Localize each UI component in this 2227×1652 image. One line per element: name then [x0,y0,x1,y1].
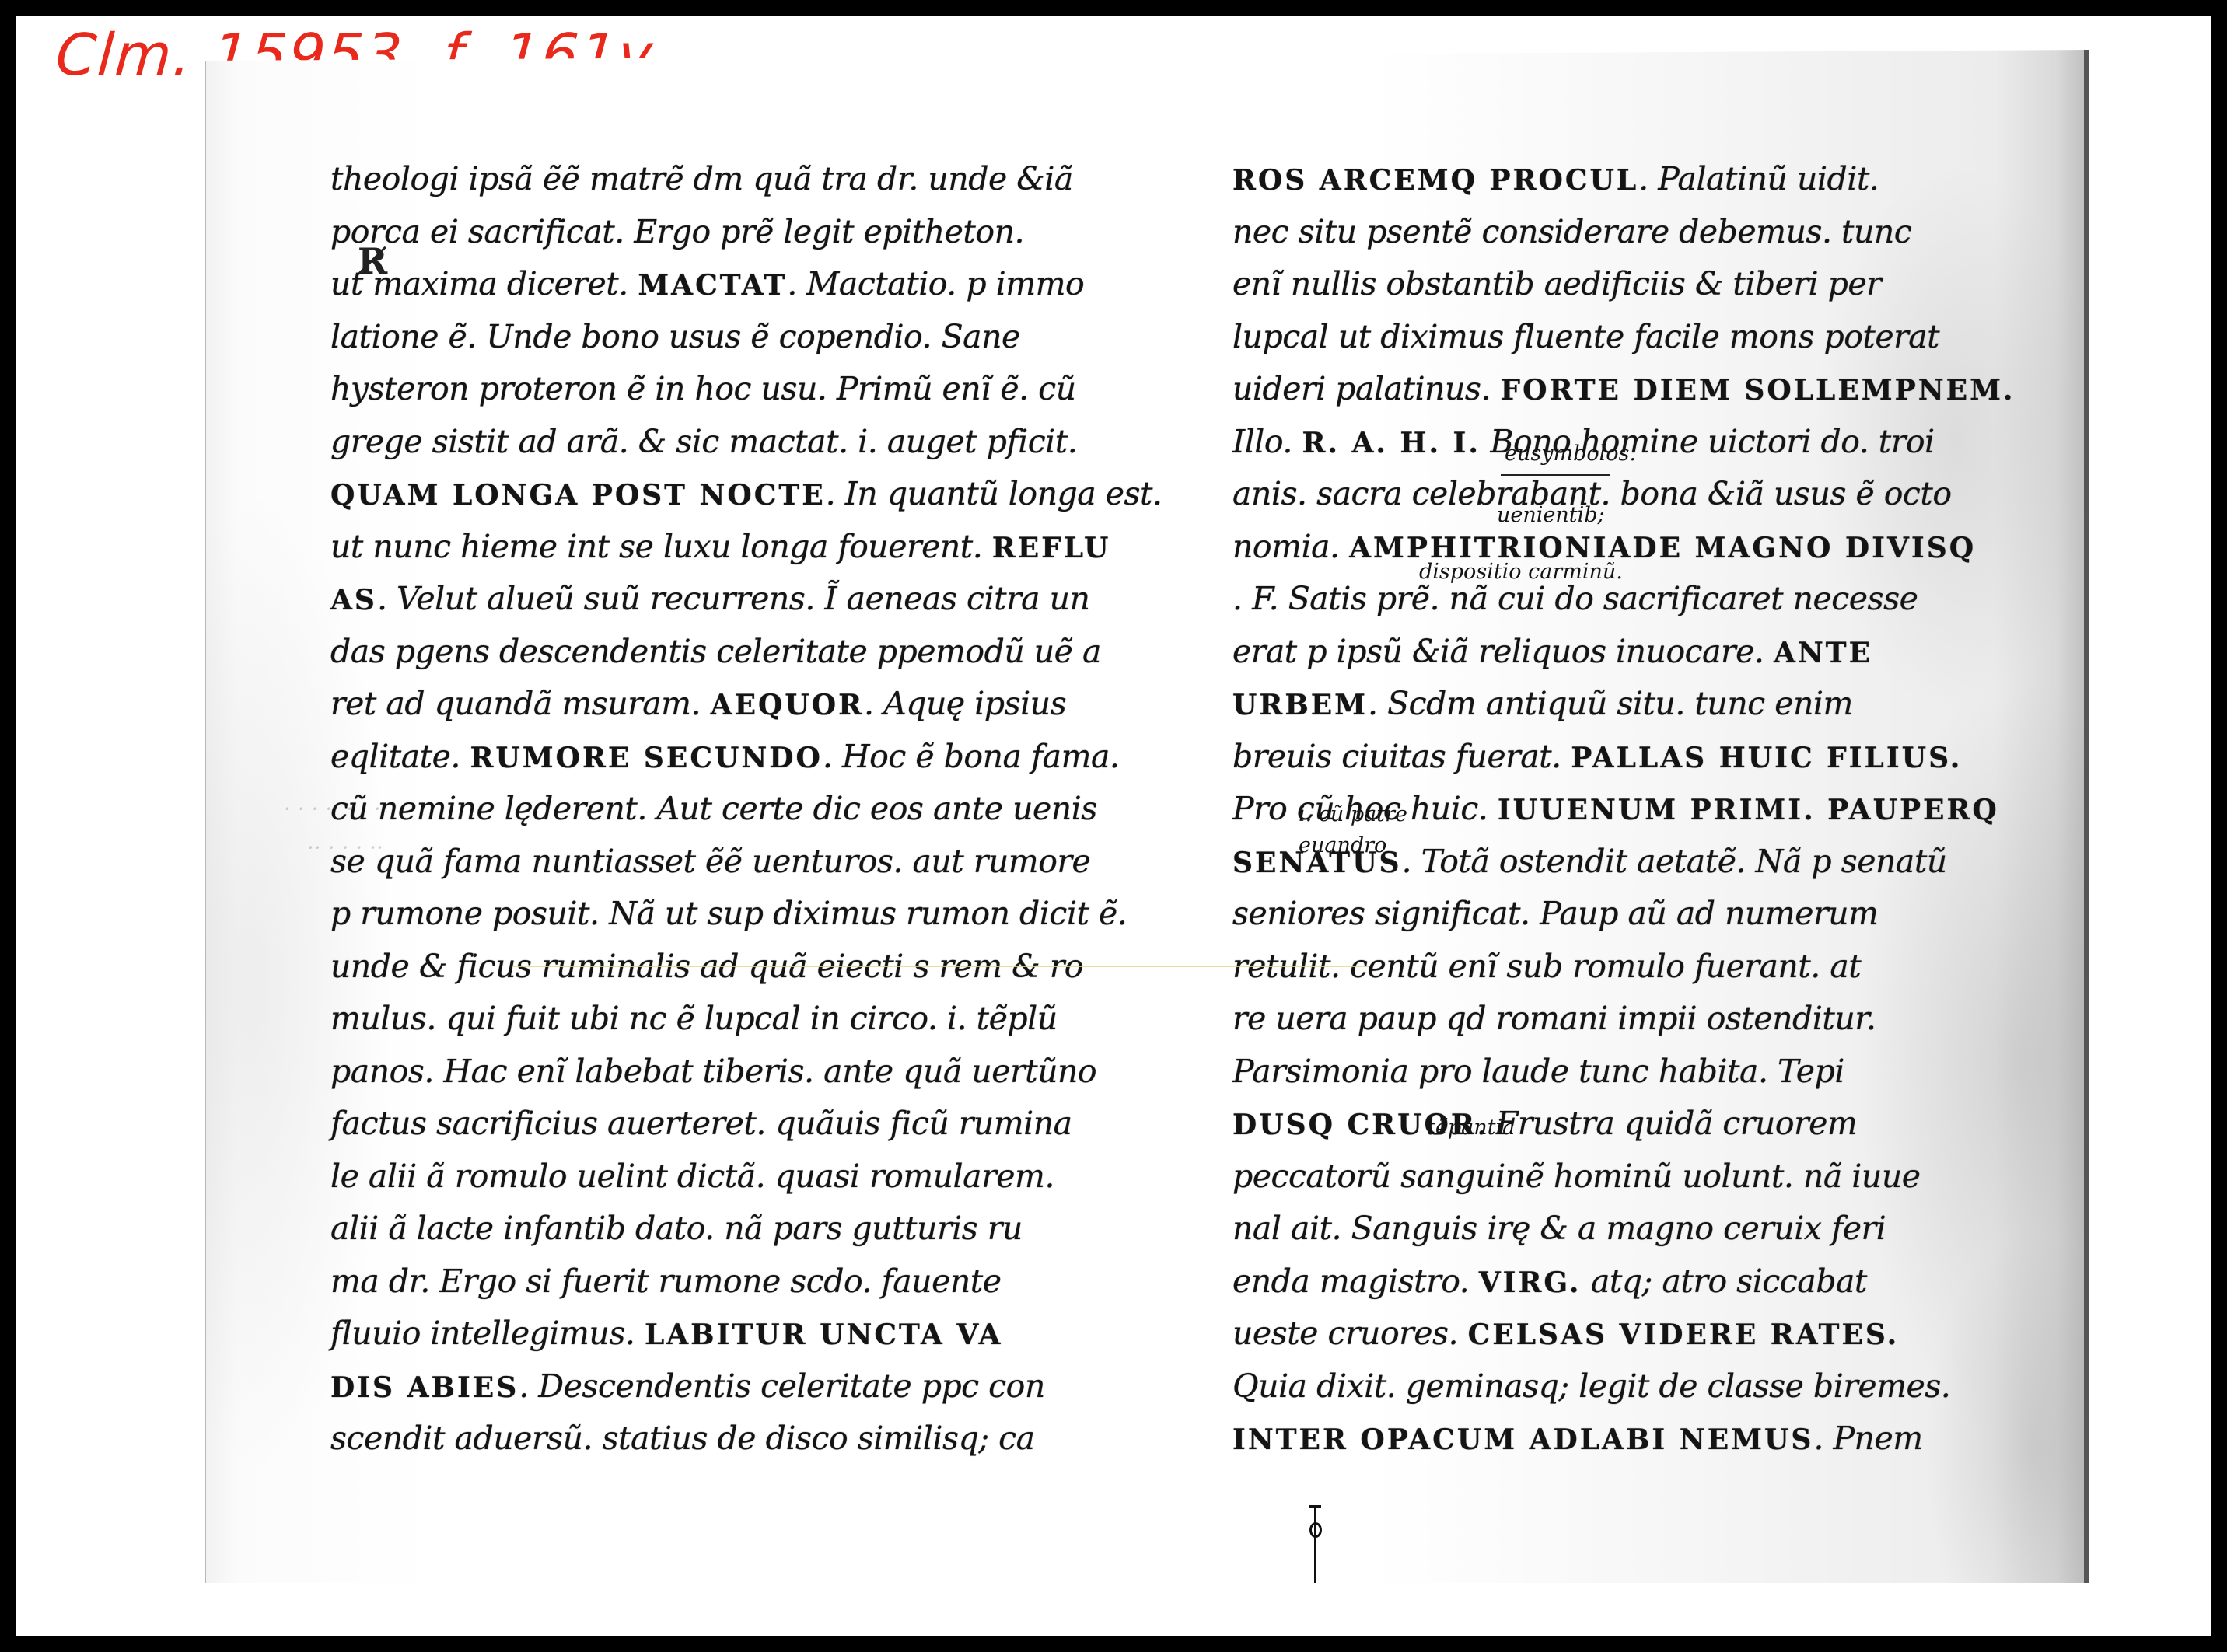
line-text: Quia dixit. geminasq; legit de classe bi… [1232,1367,1950,1405]
interlinear-gloss: eusymbolos. [1505,442,1636,466]
rubric-lemma: QUAM LONGA POST NOCTE [330,479,826,512]
interlinear-gloss: uenientib; [1497,503,1605,527]
line-text: re uera paup qd romani impii ostenditur. [1232,1000,1876,1037]
scan-artifact-line [513,966,1369,967]
line-text: mulus. qui fuit ubi nc ẽ lupcal in circo… [330,1000,1058,1037]
manuscript-line: scendit aduersũ. statius de disco simili… [330,1423,1035,1455]
line-text: . Scdm antiquũ situ. tunc enim [1368,685,1853,722]
line-text: das pgens descendentis celeritate ppemod… [330,633,1101,670]
line-text: atq; atro siccabat [1581,1263,1866,1300]
line-text: . Mactatio. p immo [787,265,1084,302]
manuscript-line: QUAM LONGA POST NOCTE. In quantũ longa e… [330,478,1162,510]
line-text: . F. Satis prẽ. nã cui do sacrificaret n… [1232,580,1918,617]
line-text: scendit aduersũ. statius de disco simili… [330,1420,1035,1457]
line-text: . Velut alueũ suũ recurrens. Ĩ aeneas ci… [377,580,1090,617]
manuscript-line: ret ad quandã msuram. AEQUOR. Aquę ipsiu… [330,688,1066,720]
manuscript-line: . F. Satis prẽ. nã cui do sacrificaret n… [1232,583,1918,615]
rubric-lemma: DIS ABIES [330,1371,519,1404]
line-text: erat p ipsũ &iã reliquos inuocare. [1232,633,1774,670]
line-text: fluuio intellegimus. [330,1315,645,1352]
line-text: se quã fama nuntiasset ẽẽ uenturos. aut … [330,843,1090,880]
line-text: factus sacrificius auerteret. quãuis fic… [330,1105,1072,1142]
line-text: alii ã lacte infantib dato. nã pars gutt… [330,1210,1023,1247]
manuscript-line: DUSQ CRUOR. Frustra quidã cruorem [1232,1108,1857,1140]
manuscript-line: Quia dixit. geminasq; legit de classe bi… [1232,1371,1950,1402]
rubric-lemma: AS [330,584,377,616]
manuscript-line: ut nunc hieme int se luxu longa fouerent… [330,531,1110,563]
page-background: Clm. 15953, f. 161v R̸ · · · ·· · · · ··… [16,16,2211,1636]
manuscript-line: se quã fama nuntiasset ẽẽ uenturos. aut … [330,846,1090,878]
manuscript-line: seniores significat. Paup aũ ad numerum [1232,898,1878,930]
line-text: lupcal ut diximus fluente facile mons po… [1232,318,1939,355]
manuscript-line: theologi ipsã ẽẽ matrẽ dm quã tra dr. un… [330,163,1073,195]
manuscript-line: peccatorũ sanguinẽ hominũ uolunt. nã iuu… [1232,1161,1920,1193]
line-text: ut nunc hieme int se luxu longa fouerent… [330,528,992,565]
line-text: . Frustra quidã cruorem [1477,1105,1858,1142]
line-text: porca ei sacrificat. Ergo prẽ legit epit… [330,213,1024,250]
manuscript-line: nomia. AMPHITRIONIADE MAGNO DIVISQ [1232,531,1976,563]
manuscript-line: grege sistit ad arã. & sic mactat. i. au… [330,426,1077,458]
manuscript-line: le alii ã romulo uelint dictã. quasi rom… [330,1161,1054,1193]
line-text: . Descendentis celeritate ppc con [519,1367,1045,1405]
manuscript-line: ROS ARCEMQ PROCUL. Palatinũ uidit. [1232,163,1879,195]
rubric-lemma: LABITUR UNCTA VA [645,1318,1002,1351]
manuscript-line: nec situ psentẽ considerare debemus. tun… [1232,216,1911,248]
line-text: hysteron proteron ẽ in hoc usu. Primũ en… [330,370,1076,407]
manuscript-line: latione ẽ. Unde bono usus ẽ copendio. Sa… [330,321,1020,353]
line-text: nec situ psentẽ considerare debemus. tun… [1232,213,1911,250]
line-text: Illo. [1232,423,1302,460]
rubric-lemma: MACTAT [638,269,787,302]
line-text: ret ad quandã msuram. [330,685,711,722]
line-text: cũ nemine lęderent. Aut certe dic eos an… [330,790,1097,827]
manuscript-line: AS. Velut alueũ suũ recurrens. Ĩ aeneas … [330,583,1089,615]
margin-gloss: i. cũ patre [1299,802,1407,826]
rubric-lemma: RUMORE SECUNDO [470,742,822,774]
rubric-lemma: IUUENUM PRIMI. PAUPERQ [1498,794,1999,826]
line-text: ueste cruores. [1232,1315,1468,1352]
manuscript-line: factus sacrificius auerteret. quãuis fic… [330,1108,1072,1140]
manuscript-line: ut maxima diceret. MACTAT. Mactatio. p i… [330,268,1084,300]
line-text: seniores significat. Paup aũ ad numerum [1232,895,1878,932]
line-text: ma dr. Ergo si fuerit rumone scdo. fauen… [330,1263,1001,1300]
line-text: . Palatinũ uidit. [1638,160,1879,197]
manuscript-line: panos. Hac enĩ labebat tiberis. ante quã… [330,1056,1096,1088]
line-text: . Hoc ẽ bona fama. [823,738,1120,775]
line-text: ut maxima diceret. [330,265,638,302]
manuscript-line: hysteron proteron ẽ in hoc usu. Primũ en… [330,373,1076,405]
manuscript-line: Parsimonia pro laude tunc habita. Tepi [1232,1056,1844,1088]
manuscript-line: eqlitate. RUMORE SECUNDO. Hoc ẽ bona fam… [330,741,1119,773]
line-text: panos. Hac enĩ labebat tiberis. ante quã… [330,1053,1096,1090]
manuscript-line: das pgens descendentis celeritate ppemod… [330,636,1101,668]
line-text: enĩ nullis obstantib aedificiis & tiberi… [1232,265,1881,302]
line-text: peccatorũ sanguinẽ hominũ uolunt. nã iuu… [1232,1158,1920,1195]
manuscript-line: DIS ABIES. Descendentis celeritate ppc c… [330,1371,1045,1402]
manuscript-line: alii ã lacte infantib dato. nã pars gutt… [330,1213,1023,1245]
interlinear-gloss: tẽpantia [1427,1116,1515,1140]
rubric-lemma: VIRG. [1479,1266,1582,1299]
manuscript-line: lupcal ut diximus fluente facile mons po… [1232,321,1939,353]
rubric-lemma: ANTE [1774,637,1872,669]
manuscript-line: cũ nemine lęderent. Aut certe dic eos an… [330,793,1097,825]
rubric-lemma: ROS ARCEMQ PROCUL [1232,164,1638,197]
rubric-lemma: PALLAS HUIC FILIUS. [1571,742,1962,774]
manuscript-line: erat p ipsũ &iã reliquos inuocare. ANTE [1232,636,1872,668]
line-text: eqlitate. [330,738,470,775]
line-text: latione ẽ. Unde bono usus ẽ copendio. Sa… [330,318,1020,355]
line-text: le alii ã romulo uelint dictã. quasi rom… [330,1158,1054,1195]
line-text: enda magistro. [1232,1263,1479,1300]
line-text: . Pnem [1813,1420,1922,1457]
margin-gloss: euandro [1299,833,1386,857]
rubric-lemma: INTER OPACUM ADLABI NEMUS [1232,1423,1813,1456]
manuscript-line: p rumone posuit. Nã ut sup diximus rumon… [330,898,1127,930]
dagger-margin-icon [1309,1505,1321,1583]
manuscript-line: ueste cruores. CELSAS VIDERE RATES. [1232,1318,1899,1350]
gloss-underline [1501,474,1610,476]
manuscript-line: breuis ciuitas fuerat. PALLAS HUIC FILIU… [1232,741,1962,773]
manuscript-line: enĩ nullis obstantib aedificiis & tiberi… [1232,268,1881,300]
line-text: . In quantũ longa est. [826,475,1162,512]
rubric-lemma: AEQUOR [711,689,864,721]
manuscript-line: re uera paup qd romani impii ostenditur. [1232,1003,1876,1035]
line-text: theologi ipsã ẽẽ matrẽ dm quã tra dr. un… [330,160,1073,197]
line-text: nomia. [1232,528,1349,565]
line-text: breuis ciuitas fuerat. [1232,738,1571,775]
line-text: . Totã ostendit aetatẽ. Nã p senatũ [1402,843,1947,880]
line-text: grege sistit ad arã. & sic mactat. i. au… [330,423,1077,460]
manuscript-line: uideri palatinus. FORTE DIEM SOLLEMPNEM. [1232,373,2015,405]
rubric-lemma: CELSAS VIDERE RATES. [1468,1318,1900,1351]
line-text: uideri palatinus. [1232,370,1501,407]
interlinear-gloss: dispositio carminũ. [1419,560,1623,584]
rubric-lemma: FORTE DIEM SOLLEMPNEM. [1501,374,2015,407]
manuscript-line: ma dr. Ergo si fuerit rumone scdo. fauen… [330,1266,1001,1298]
manuscript-line: porca ei sacrificat. Ergo prẽ legit epit… [330,216,1024,248]
manuscript-line: enda magistro. VIRG. atq; atro siccabat [1232,1266,1867,1298]
rubric-lemma: REFLU [992,532,1111,564]
line-text: . Aquę ipsius [864,685,1066,722]
manuscript-line: URBEM. Scdm antiquũ situ. tunc enim [1232,688,1853,720]
rubric-lemma: R. A. H. I. [1302,427,1480,459]
rubric-lemma: URBEM [1232,689,1368,721]
manuscript-line: mulus. qui fuit ubi nc ẽ lupcal in circo… [330,1003,1058,1035]
manuscript-line: nal ait. Sanguis irę & a magno ceruix fe… [1232,1213,1886,1245]
manuscript-line: INTER OPACUM ADLABI NEMUS. Pnem [1232,1423,1923,1455]
line-text: Parsimonia pro laude tunc habita. Tepi [1232,1053,1844,1090]
line-text: p rumone posuit. Nã ut sup diximus rumon… [330,895,1127,932]
line-text: nal ait. Sanguis irę & a magno ceruix fe… [1232,1210,1886,1247]
manuscript-line: fluuio intellegimus. LABITUR UNCTA VA [330,1318,1002,1350]
